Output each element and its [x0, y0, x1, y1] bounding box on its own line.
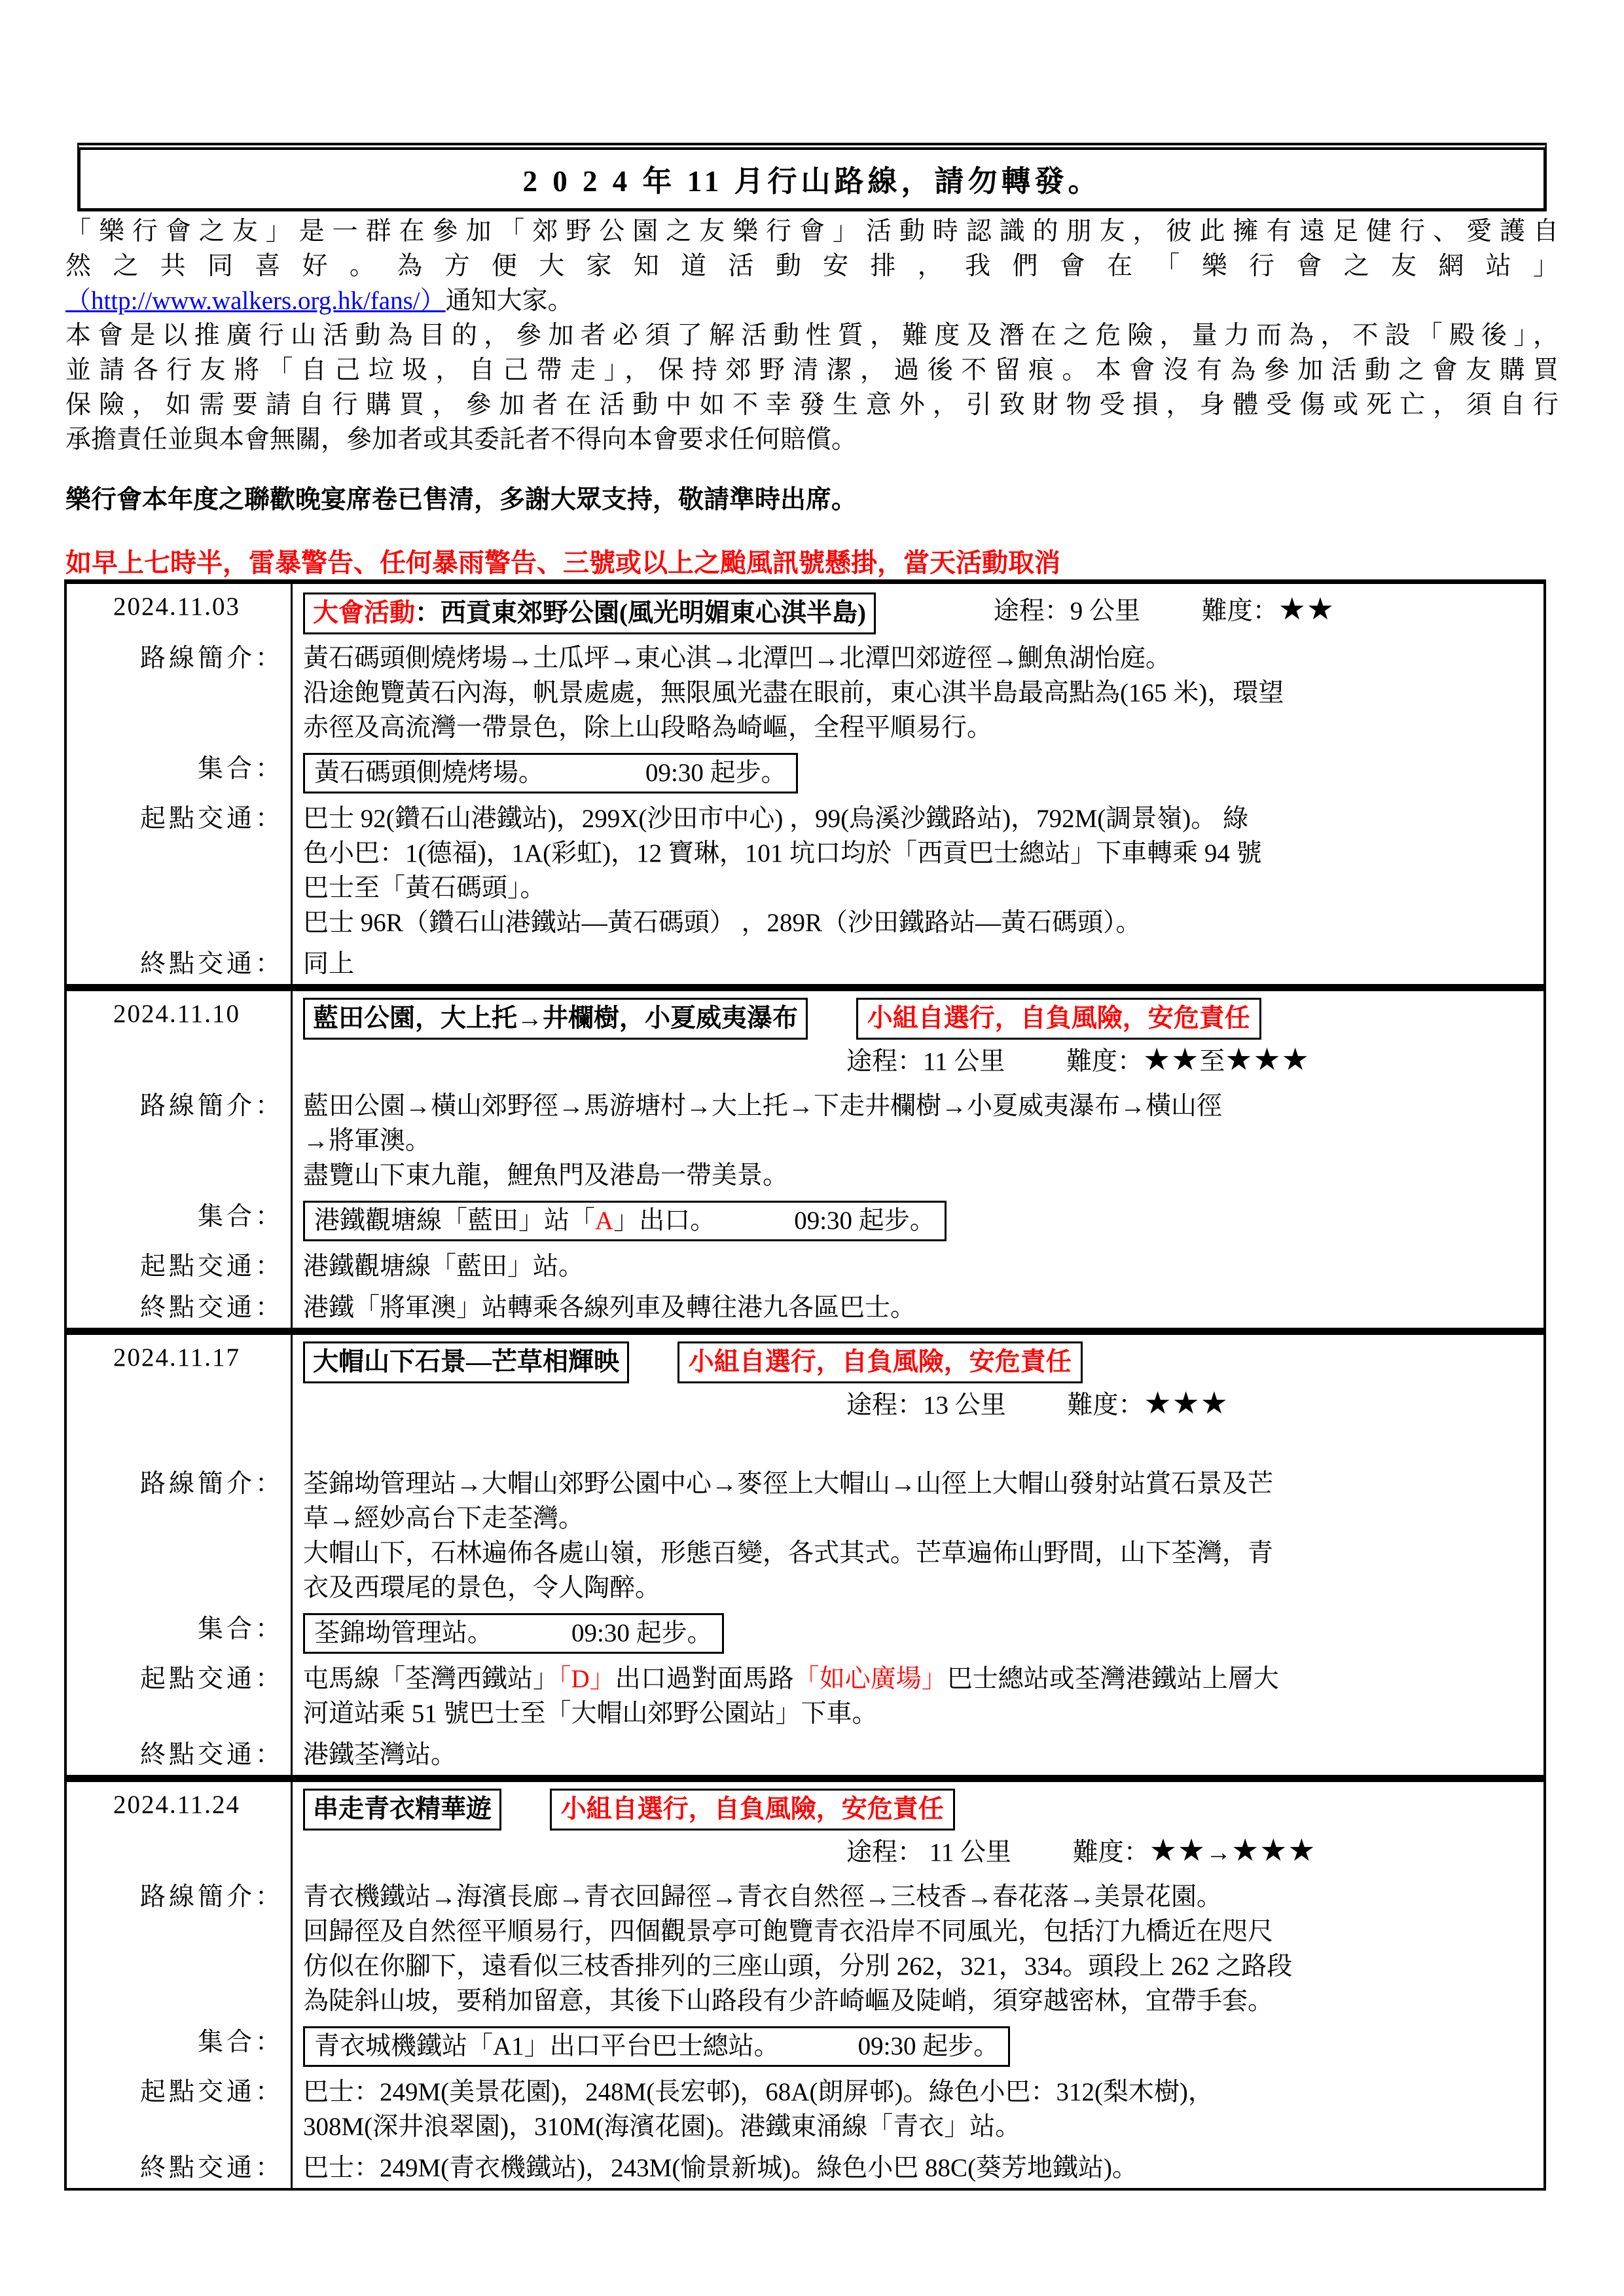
event-table-2024-11-03: 2024.11.03 大會活動：西貢東郊野公園(風光明媚東心淇半島) 途程：9 …: [64, 579, 1546, 987]
row-label-start-transport: 起點交通：: [69, 1249, 284, 1284]
route-line: 黃石碼頭側燒烤場→土瓜坪→東心淇→北潭凹→北潭凹郊遊徑→鰂魚湖怡庭。: [303, 641, 1538, 676]
intro-paragraph1-line2: 然之共同喜好。為方便大家知道活動安排，我們會在「樂行會之友網站」: [65, 249, 1559, 283]
difficulty-stars: ★★: [1149, 1834, 1206, 1868]
meeting-place: 港鐵觀塘線「藍田」站「: [314, 1207, 595, 1235]
event-distance: 途程：9 公里: [994, 597, 1140, 625]
start-transport-line: 港鐵觀塘線「藍田」站。: [303, 1249, 1538, 1284]
banquet-note: 樂行會本年度之聯歡晚宴席卷已售清，多謝大眾支持，敬請準時出席。: [65, 479, 1559, 516]
route-line: 仿似在你腳下，遠看似三枝香排列的三座山頭，分別 262，321，334。頭段上 …: [303, 1949, 1538, 1984]
start-transport-line: 308M(深井浪翠園)，310M(海濱花園)。港鐵東涌線「青衣」站。: [303, 2109, 1538, 2144]
meeting-box: 青衣城機鐵站「A1」出口平台巴士總站。09:30 起步。: [303, 2026, 1010, 2067]
event-date: 2024.11.10: [69, 995, 284, 1033]
page-title-box: 2 0 2 4 年 11 月行山路線，請勿轉發。: [77, 143, 1547, 211]
event-title-box: 大會活動：西貢東郊野公園(風光明媚東心淇半島): [303, 592, 876, 634]
route-line: →將軍澳。: [303, 1123, 1538, 1158]
row-label-end-transport: 終點交通：: [69, 2151, 284, 2185]
event-distance: 途程：13 公里: [846, 1391, 1006, 1419]
row-label-route-intro: 路線簡介：: [69, 1089, 284, 1123]
meeting-place: 荃錦坳管理站。: [314, 1619, 493, 1647]
risk-note-box: 小組自選行，自負風險，安危責任: [677, 1341, 1083, 1383]
risk-note-box: 小組自選行，自負風險，安危責任: [856, 998, 1261, 1040]
route-line: 赤徑及高流灣一帶景色，除上山段略為崎嶇，全程平順易行。: [303, 710, 1538, 745]
meeting-box: 荃錦坳管理站。09:30 起步。: [303, 1613, 724, 1654]
route-line: 為陡斜山坡，要稍加留意，其後下山路段有少許崎嶇及陡峭，須穿越密林，宜帶手套。: [303, 1984, 1538, 2018]
meeting-time: 09:30 起步。: [645, 759, 787, 787]
event-header: 大會活動：西貢東郊野公園(風光明媚東心淇半島) 途程：9 公里 難度：★★: [303, 588, 1538, 634]
meeting-place-suffix: 」出口。: [613, 1207, 715, 1235]
end-transport-line: 同上: [303, 947, 1538, 981]
start-transport-line: 河道站乘 51 號巴士至「大帽山郊野公園站」下車。: [303, 1696, 1538, 1731]
disclaimer-line3: 保險，如需要請自行購買，參加者在活動中如不幸發生意外，引致財物受損，身體受傷或死…: [65, 388, 1559, 422]
meeting-time: 09:30 起步。: [858, 2032, 1000, 2060]
row-label-start-transport: 起點交通：: [69, 2075, 284, 2109]
difficulty-stars: ★★★: [1231, 1834, 1316, 1868]
route-line: 草→經妙高台下走荃灣。: [303, 1501, 1538, 1536]
event-difficulty-label: 難度：: [1068, 1391, 1144, 1419]
event-header: 藍田公園，大上托→井欄樹，小夏威夷瀑布 小組自選行，自負風險，安危責任: [303, 995, 1538, 1040]
meeting-time: 09:30 起步。: [571, 1619, 713, 1647]
event-title-box: 串走青衣精華遊: [303, 1789, 501, 1831]
meeting-time: 09:30 起步。: [794, 1207, 935, 1235]
event-table-2024-11-10: 2024.11.10 藍田公園，大上托→井欄樹，小夏威夷瀑布 小組自選行，自負風…: [64, 987, 1546, 1330]
event-title: ：西貢東郊野公園(風光明媚東心淇半島): [415, 599, 866, 627]
route-line: 大帽山下，石林遍佈各處山嶺，形態百變，各式其式。芒草遍佈山野間，山下荃灣，青: [303, 1536, 1538, 1571]
row-label-meet: 集合：: [69, 752, 284, 786]
document-page: 2 0 2 4 年 11 月行山路線，請勿轉發。 「樂行會之友」是一群在參加「郊…: [0, 0, 1624, 2296]
meeting-box: 港鐵觀塘線「藍田」站「A」出口。09:30 起步。: [303, 1201, 947, 1241]
event-difficulty-label: 難度：: [1073, 1838, 1149, 1867]
row-label-start-transport: 起點交通：: [69, 1662, 284, 1696]
route-line: 藍田公園→橫山郊野徑→馬游塘村→大上托→下走井欄樹→小夏威夷瀑布→橫山徑: [303, 1089, 1538, 1123]
row-label-route-intro: 路線簡介：: [69, 1467, 284, 1501]
risk-note-box: 小組自選行，自負風險，安危責任: [550, 1789, 955, 1831]
website-link: http://www.walkers.org.hk/fans/: [91, 287, 420, 315]
event-meta: 途程： 11 公里 難度：★★→★★★: [846, 1831, 1538, 1873]
weather-warning: 如早上七時半，雷暴警告、任何暴雨警告、三號或以上之颱風訊號懸掛，當天活動取消: [65, 542, 1559, 579]
row-label-route-intro: 路線簡介：: [69, 1880, 284, 1914]
event-title-box: 藍田公園，大上托→井欄樹，小夏威夷瀑布: [303, 998, 808, 1040]
landmark-highlight: 「如心廣場」: [794, 1665, 947, 1693]
event-difficulty-label: 難度：: [1202, 597, 1278, 625]
end-transport-line: 港鐵「將軍澳」站轉乘各線列車及轉往港九各區巴士。: [303, 1290, 1538, 1325]
route-line: 青衣機鐵站→海濱長廊→青衣回歸徑→青衣自然徑→三枝香→春花落→美景花園。: [303, 1880, 1538, 1914]
event-table-2024-11-24: 2024.11.24 串走青衣精華遊 小組自選行，自負風險，安危責任 途程： 1…: [64, 1777, 1546, 2191]
event-meta: 途程：13 公里 難度：★★★: [846, 1383, 1538, 1426]
start-transport-line: 屯馬線「荃灣西鐵站」「D」出口過對面馬路「如心廣場」巴士總站或荃灣港鐵站上層大: [303, 1662, 1538, 1696]
meeting-place: 黃石碼頭側燒烤場。: [314, 759, 544, 787]
event-type-label: 大會活動: [313, 599, 415, 627]
event-date: 2024.11.03: [69, 588, 284, 626]
difficulty-stars: ★★★: [1225, 1043, 1309, 1077]
intro-paragraph1-line3: （http://www.walkers.org.hk/fans/）通知大家。: [65, 283, 1559, 318]
row-label-start-transport: 起點交通：: [69, 801, 284, 836]
start-transport-line: 巴士 92(鑽石山港鐵站)，299X(沙田市中心) ，99(烏溪沙鐵路站)，79…: [303, 801, 1538, 836]
exit-letter: 「D」: [558, 1665, 615, 1693]
difficulty-joiner: 至: [1199, 1048, 1225, 1076]
start-transport-line: 色小巴：1(德福)，1A(彩虹)，12 寶琳，101 坑口均於「西貢巴士總站」下…: [303, 836, 1538, 871]
end-transport-line: 港鐵荃灣站。: [303, 1738, 1538, 1772]
event-header: 大帽山下石景—芒草相輝映 小組自選行，自負風險，安危責任: [303, 1339, 1538, 1383]
website-link-open-paren[interactable]: （http://www.walkers.org.hk/fans/）: [65, 287, 446, 315]
event-date: 2024.11.24: [69, 1786, 284, 1824]
event-distance: 途程：11 公里: [846, 1048, 1005, 1076]
route-line: 回歸徑及自然徑平順易行，四個觀景亭可飽覽青衣沿岸不同風光，包括汀九橋近在咫尺: [303, 1914, 1538, 1949]
row-label-meet: 集合：: [69, 1612, 284, 1647]
route-line: 沿途飽覽黃石內海，帆景處處，無限風光盡在眼前，東心淇半島最高點為(165 米)，…: [303, 676, 1538, 710]
row-label-meet: 集合：: [69, 2025, 284, 2060]
meeting-box: 黃石碼頭側燒烤場。09:30 起步。: [303, 753, 798, 793]
exit-letter: A: [595, 1207, 613, 1235]
notify-text: 通知大家。: [446, 287, 573, 315]
event-meta: 途程：11 公里 難度：★★至★★★: [846, 1040, 1538, 1082]
event-date: 2024.11.17: [69, 1339, 284, 1377]
disclaimer-line4: 承擔責任並與本會無關，參加者或其委託者不得向本會要求任何賠償。: [65, 422, 1559, 457]
route-line: 衣及西環尾的景色，令人陶醉。: [303, 1571, 1538, 1605]
start-transport-line: 巴士至「黃石碼頭」。: [303, 871, 1538, 905]
page-title: 2 0 2 4 年 11 月行山路線，請勿轉發。: [522, 165, 1101, 198]
blank-line: [303, 1426, 1538, 1460]
row-label-meet: 集合：: [69, 1199, 284, 1234]
row-label-route-intro: 路線簡介：: [69, 641, 284, 676]
route-line: 荃錦坳管理站→大帽山郊野公園中心→麥徑上大帽山→山徑上大帽山發射站賞石景及芒: [303, 1467, 1538, 1501]
intro-section: 「樂行會之友」是一群在參加「郊野公園之友樂行會」活動時認識的朋友，彼此擁有遠足健…: [65, 214, 1559, 457]
event-table-2024-11-17: 2024.11.17 大帽山下石景—芒草相輝映 小組自選行，自負風險，安危責任 …: [64, 1330, 1546, 1777]
difficulty-stars: ★★★: [1144, 1387, 1229, 1421]
disclaimer-line2: 並請各行友將「自己垃圾，自己帶走」，保持郊野清潔，過後不留痕。本會沒有為參加活動…: [65, 353, 1559, 388]
meeting-place: 青衣城機鐵站「A1」出口平台巴士總站。: [314, 2032, 780, 2060]
difficulty-stars: ★★: [1143, 1043, 1199, 1077]
difficulty-stars: ★★: [1278, 592, 1335, 627]
intro-paragraph1-line1: 「樂行會之友」是一群在參加「郊野公園之友樂行會」活動時認識的朋友，彼此擁有遠足健…: [65, 214, 1559, 249]
event-header: 串走青衣精華遊 小組自選行，自負風險，安危責任: [303, 1786, 1538, 1831]
row-label-end-transport: 終點交通：: [69, 947, 284, 981]
row-label-end-transport: 終點交通：: [69, 1738, 284, 1772]
event-difficulty-label: 難度：: [1066, 1048, 1143, 1076]
row-label-end-transport: 終點交通：: [69, 1290, 284, 1325]
end-transport-line: 巴士：249M(青衣機鐵站)，243M(愉景新城)。綠色小巴 88C(葵芳地鐵站…: [303, 2151, 1538, 2185]
event-distance: 途程： 11 公里: [846, 1838, 1011, 1867]
difficulty-joiner: →: [1206, 1838, 1231, 1867]
event-title-box: 大帽山下石景—芒草相輝映: [303, 1341, 629, 1383]
start-transport-line: 巴士 96R（鑽石山港鐵站—黃石碼頭） ，289R（沙田鐵路站—黃石碼頭）。: [303, 905, 1538, 940]
route-line: 盡覽山下東九龍，鯉魚門及港島一帶美景。: [303, 1158, 1538, 1193]
disclaimer-line1: 本會是以推廣行山活動為目的，參加者必須了解活動性質，難度及潛在之危險，量力而為，…: [65, 318, 1559, 353]
start-transport-line: 巴士：249M(美景花園)，248M(長宏邨)，68A(朗屏邨)。綠色小巴：31…: [303, 2075, 1538, 2109]
